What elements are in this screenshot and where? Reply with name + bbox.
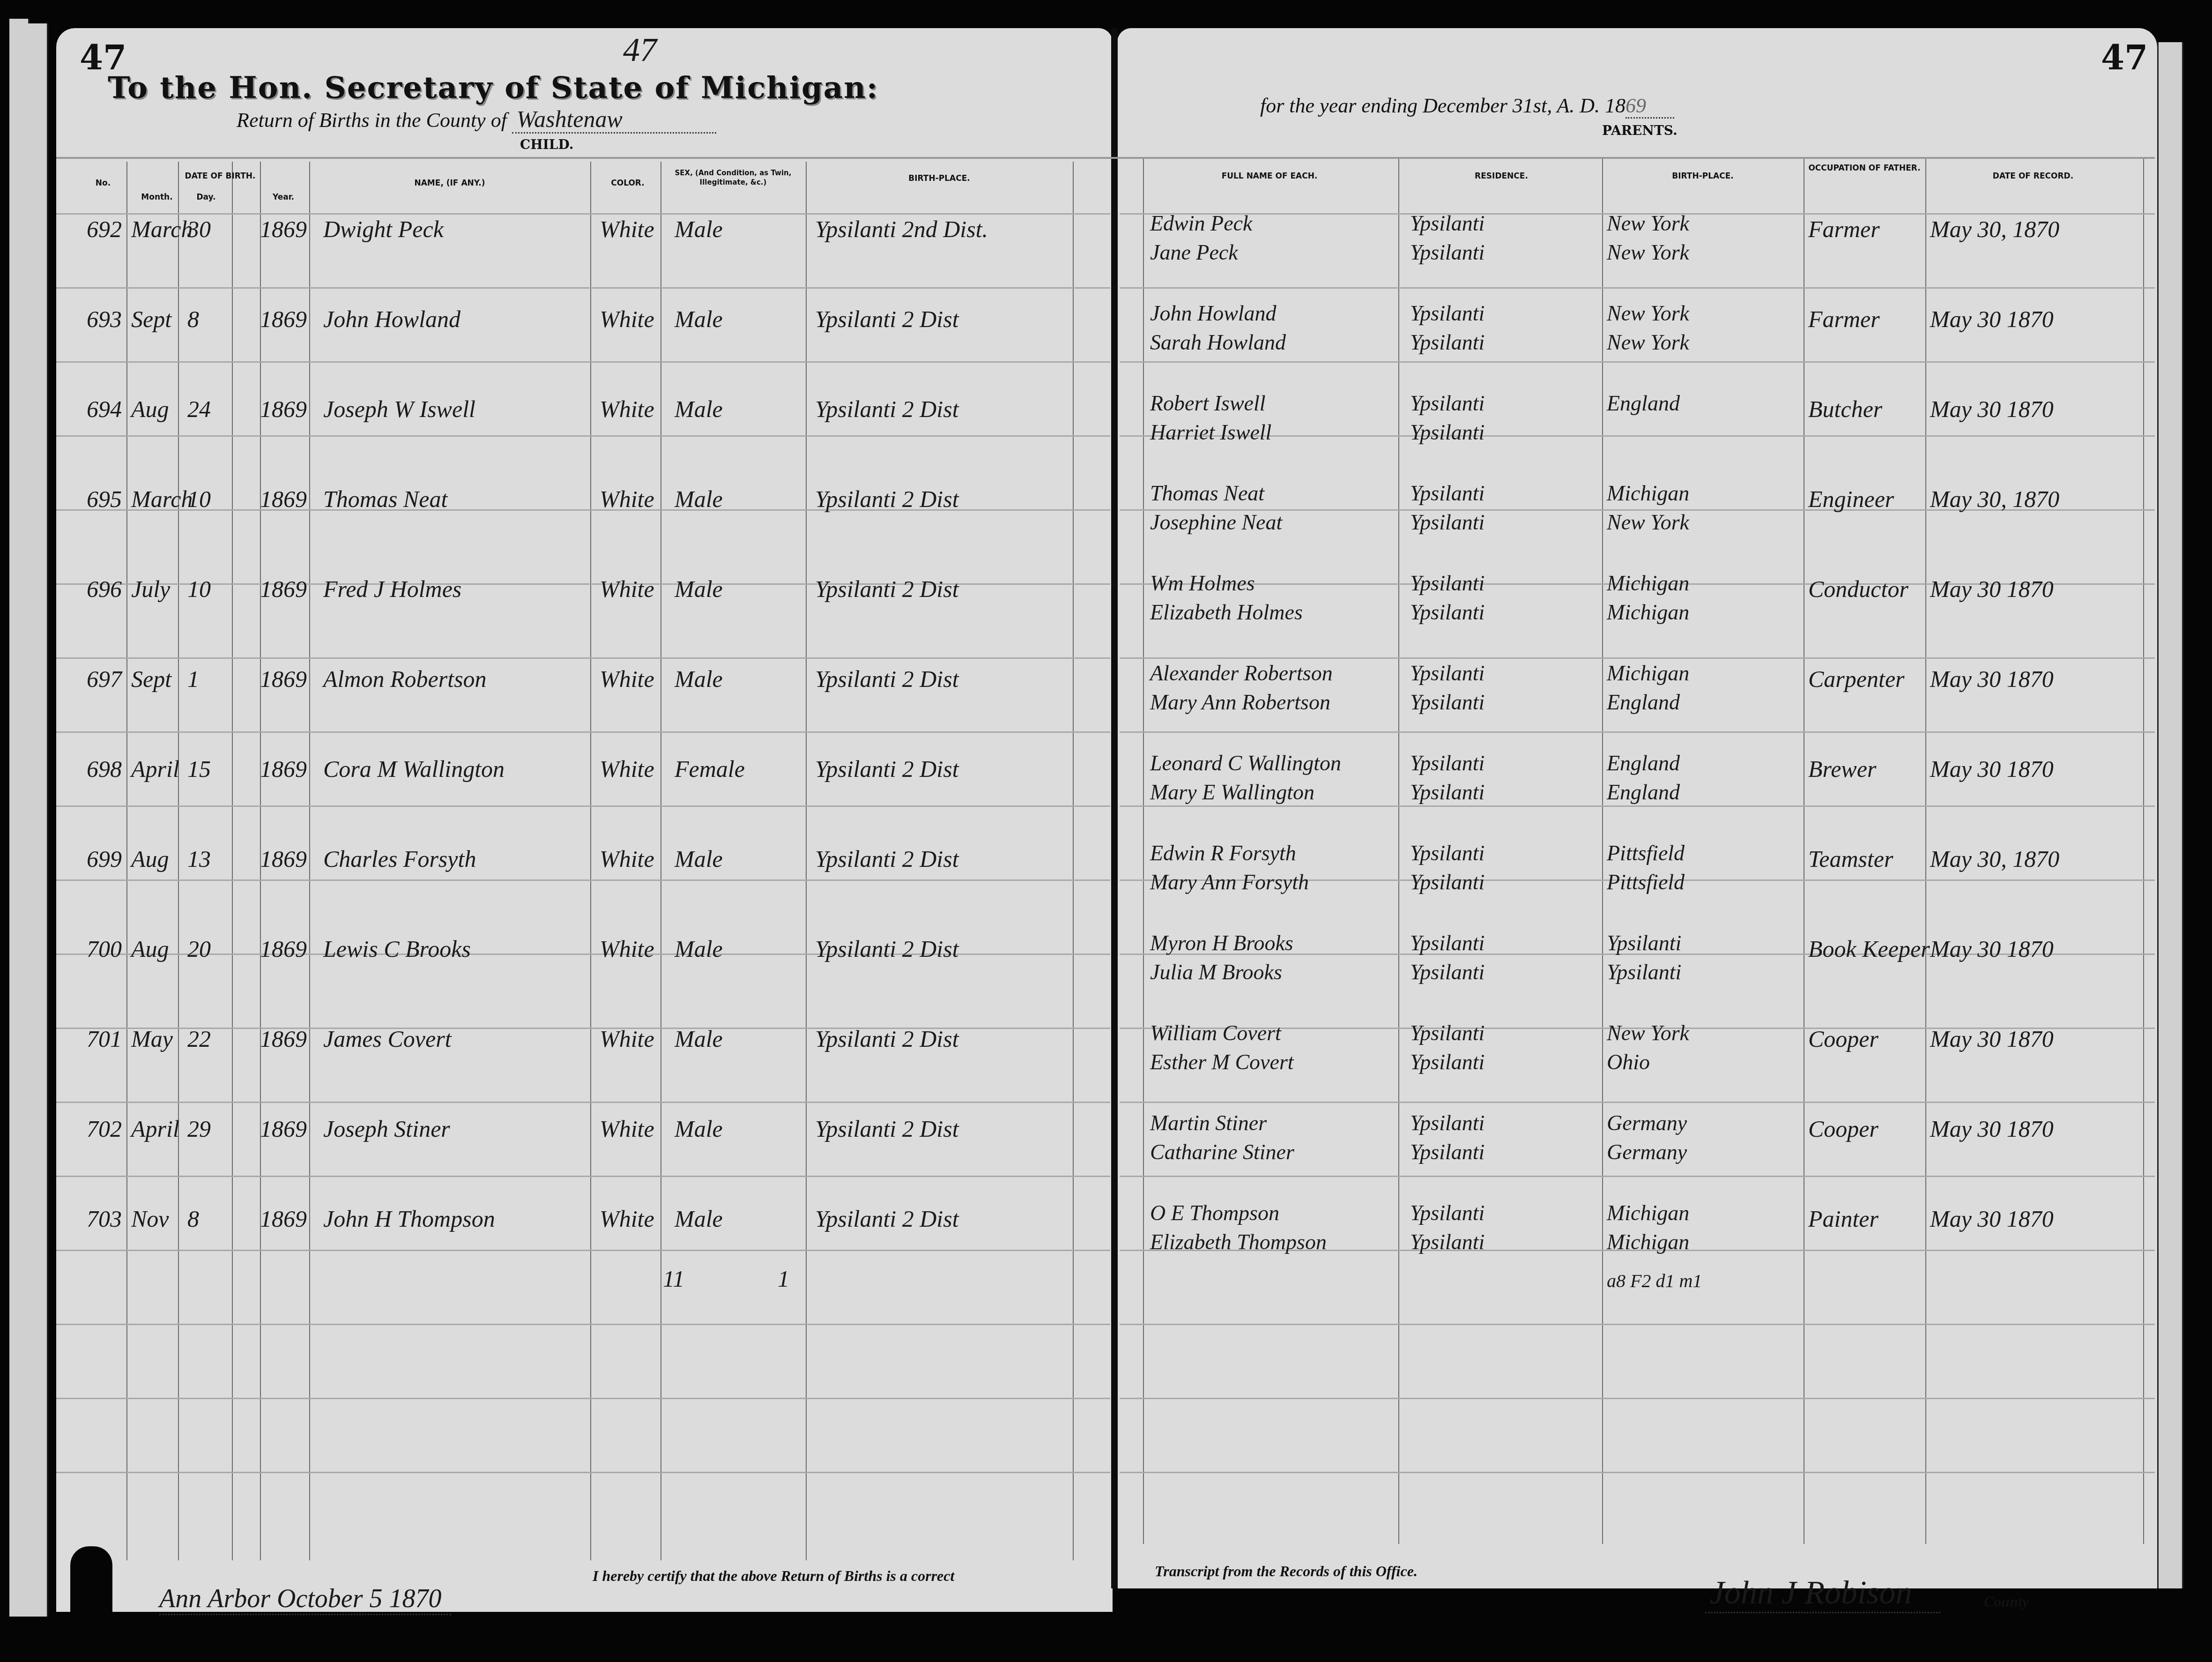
birth-day: 20 xyxy=(187,935,211,962)
child-sex: Male xyxy=(675,575,723,603)
date-of-record: May 30 1870 xyxy=(1930,306,2054,333)
parent-name: Wm Holmes xyxy=(1150,571,1255,596)
row-number: 702 xyxy=(87,1115,122,1142)
row-rule xyxy=(1120,1102,2155,1103)
birth-month: Sept xyxy=(131,665,171,693)
birth-year: 1869 xyxy=(260,306,307,333)
father-occupation: Butcher xyxy=(1808,395,1882,423)
date-of-record: May 30 1870 xyxy=(1930,575,2054,603)
father-occupation: Brewer xyxy=(1808,755,1876,783)
child-sex: Male xyxy=(675,1025,723,1052)
row-number: 698 xyxy=(87,755,122,783)
header-rule xyxy=(56,157,2155,159)
child-color: White xyxy=(600,485,654,513)
handwritten-page-number: 47 xyxy=(623,30,657,69)
column-rule xyxy=(806,162,807,1560)
child-birthplace: Ypsilanti 2 Dist xyxy=(815,1115,959,1142)
birth-day: 24 xyxy=(187,395,211,423)
parent-birthplace: New York xyxy=(1607,240,1689,265)
parent-birthplace: New York xyxy=(1607,301,1689,326)
birth-year: 1869 xyxy=(260,665,307,693)
parent-birthplace: Michigan xyxy=(1607,600,1689,625)
child-color: White xyxy=(600,306,654,333)
birth-month: April xyxy=(131,755,179,783)
page-edge-stack-left xyxy=(28,23,48,1635)
parent-birthplace: New York xyxy=(1607,1021,1689,1045)
parent-residence: Ypsilanti xyxy=(1410,1140,1485,1164)
date-of-record: May 30 1870 xyxy=(1930,1025,2054,1052)
row-number: 695 xyxy=(87,485,122,513)
parent-residence: Ypsilanti xyxy=(1410,420,1485,445)
parent-residence: Ypsilanti xyxy=(1410,780,1485,805)
parent-birthplace: New York xyxy=(1607,211,1689,236)
birth-month: March xyxy=(131,485,193,513)
father-occupation: Farmer xyxy=(1808,216,1880,243)
page-edge-stack-right xyxy=(2157,42,2183,1588)
header-name: NAME, (IF ANY.) xyxy=(314,178,586,188)
row-number: 701 xyxy=(87,1025,122,1052)
column-rule xyxy=(126,162,127,1560)
child-birthplace: Ypsilanti 2 Dist xyxy=(815,395,959,423)
parent-residence: Ypsilanti xyxy=(1410,211,1485,236)
row-rule xyxy=(1120,1176,2155,1177)
section-child: CHILD. xyxy=(520,137,574,152)
row-rule xyxy=(56,805,1110,807)
row-rule xyxy=(1120,287,2155,289)
parent-birthplace: New York xyxy=(1607,330,1689,355)
child-color: White xyxy=(600,395,654,423)
father-occupation: Teamster xyxy=(1808,845,1893,872)
date-of-record: May 30 1870 xyxy=(1930,1205,2054,1232)
binding-gutter xyxy=(1111,28,1118,1588)
child-sex: Female xyxy=(675,755,745,783)
bottom-shadow xyxy=(0,1617,2212,1662)
child-name: Thomas Neat xyxy=(323,485,447,513)
child-birthplace: Ypsilanti 2nd Dist. xyxy=(815,216,988,243)
header-date-of-record: DATE OF RECORD. xyxy=(1928,171,2138,181)
parent-birthplace: England xyxy=(1607,690,1680,715)
father-occupation: Carpenter xyxy=(1808,665,1905,693)
ledger-book: 47 47 To the Hon. Secretary of State of … xyxy=(0,0,2212,1662)
parent-residence: Ypsilanti xyxy=(1410,1230,1485,1254)
transcript-statement: Transcript from the Records of this Offi… xyxy=(1155,1563,1418,1580)
parent-name: Esther M Covert xyxy=(1150,1050,1294,1074)
birth-day: 1 xyxy=(187,665,199,693)
child-name: Lewis C Brooks xyxy=(323,935,471,962)
date-of-record: May 30 1870 xyxy=(1930,1115,2054,1142)
child-name: John H Thompson xyxy=(323,1205,495,1232)
row-rule xyxy=(1120,657,2155,659)
row-rule xyxy=(1120,1472,2155,1473)
row-rule xyxy=(1120,805,2155,807)
child-birthplace: Ypsilanti 2 Dist xyxy=(815,935,959,962)
header-color: COLOR. xyxy=(595,178,661,188)
year-label: for the year ending December 31st, A. D.… xyxy=(1260,94,1674,118)
birth-month: Nov xyxy=(131,1205,169,1232)
column-rule xyxy=(590,162,591,1560)
child-color: White xyxy=(600,1115,654,1142)
parent-residence: Ypsilanti xyxy=(1410,690,1485,715)
row-rule xyxy=(56,1176,1110,1177)
birth-day: 10 xyxy=(187,575,211,603)
year-label-text: for the year ending December 31st, A. D.… xyxy=(1260,94,1626,117)
page-edge-stack-left xyxy=(9,19,30,1635)
child-birthplace: Ypsilanti 2 Dist xyxy=(815,1025,959,1052)
header-date-of-birth: DATE OF BIRTH. xyxy=(131,171,309,181)
row-rule xyxy=(1120,1324,2155,1325)
birth-year: 1869 xyxy=(260,216,307,243)
parent-name: Julia M Brooks xyxy=(1150,960,1282,984)
left-page: 47 47 xyxy=(56,28,1113,1612)
parent-birthplace: Germany xyxy=(1607,1140,1687,1164)
header-occupation: OCCUPATION OF FATHER. xyxy=(1806,163,1923,173)
parent-name: Alexander Robertson xyxy=(1150,661,1333,686)
parent-name: Edwin R Forsyth xyxy=(1150,841,1296,865)
column-rule xyxy=(1398,157,1399,1544)
parent-birthplace: England xyxy=(1607,751,1680,775)
birth-day: 10 xyxy=(187,485,211,513)
column-rule xyxy=(232,162,233,1560)
header-sex: SEX, (And Condition, as Twin, Illegitima… xyxy=(663,169,803,187)
parent-residence: Ypsilanti xyxy=(1410,481,1485,506)
child-sex: Male xyxy=(675,216,723,243)
child-name: James Covert xyxy=(323,1025,452,1052)
parent-birthplace: Michigan xyxy=(1607,571,1689,596)
date-of-record: May 30 1870 xyxy=(1930,935,2054,962)
parent-residence: Ypsilanti xyxy=(1410,571,1485,596)
row-rule xyxy=(56,287,1110,289)
column-rule xyxy=(309,162,310,1560)
header-year: Year. xyxy=(260,192,307,202)
parent-birthplace: Ypsilanti xyxy=(1607,931,1681,955)
parent-name: O E Thompson xyxy=(1150,1200,1279,1225)
child-color: White xyxy=(600,216,654,243)
birth-month: Aug xyxy=(131,935,169,962)
row-number: 696 xyxy=(87,575,122,603)
row-number: 700 xyxy=(87,935,122,962)
row-rule xyxy=(1120,1398,2155,1399)
birth-month: March xyxy=(131,216,193,243)
child-name: Charles Forsyth xyxy=(323,845,476,872)
parent-birthplace: Michigan xyxy=(1607,481,1689,506)
child-birthplace: Ypsilanti 2 Dist xyxy=(815,755,959,783)
parent-residence: Ypsilanti xyxy=(1410,391,1485,416)
birth-day: 8 xyxy=(187,306,199,333)
tally-mark-birthplace: 1 xyxy=(778,1265,789,1292)
row-rule xyxy=(56,1250,1110,1251)
column-rule xyxy=(178,162,179,1560)
parent-name: Josephine Neat xyxy=(1150,510,1282,535)
child-color: White xyxy=(600,845,654,872)
birth-year: 1869 xyxy=(260,1205,307,1232)
parent-birthplace: New York xyxy=(1607,510,1689,535)
birth-day: 29 xyxy=(187,1115,211,1142)
parent-residence: Ypsilanti xyxy=(1410,600,1485,625)
child-sex: Male xyxy=(675,1205,723,1232)
child-birthplace: Ypsilanti 2 Dist xyxy=(815,575,959,603)
page-number: 47 xyxy=(2101,37,2148,77)
certification-statement: I hereby certify that the above Return o… xyxy=(593,1567,954,1585)
child-sex: Male xyxy=(675,665,723,693)
parent-name: Edwin Peck xyxy=(1150,211,1252,236)
date-of-record: May 30, 1870 xyxy=(1930,845,2059,872)
father-occupation: Book Keeper xyxy=(1808,935,1930,962)
child-sex: Male xyxy=(675,1115,723,1142)
parent-name: Mary Ann Robertson xyxy=(1150,690,1330,715)
row-rule xyxy=(1120,435,2155,437)
return-label-text: Return of Births in the County of xyxy=(237,109,507,132)
birth-year: 1869 xyxy=(260,845,307,872)
child-birthplace: Ypsilanti 2 Dist xyxy=(815,1205,959,1232)
parent-birthplace: Michigan xyxy=(1607,1200,1689,1225)
date-of-record: May 30 1870 xyxy=(1930,395,2054,423)
father-occupation: Cooper xyxy=(1808,1025,1878,1052)
parent-name: Catharine Stiner xyxy=(1150,1140,1294,1164)
row-rule xyxy=(56,435,1110,437)
parent-residence: Ypsilanti xyxy=(1410,960,1485,984)
section-parents: PARENTS. xyxy=(1602,123,1678,138)
parent-residence: Ypsilanti xyxy=(1410,1050,1485,1074)
parent-residence: Ypsilanti xyxy=(1410,661,1485,686)
parent-birthplace: England xyxy=(1607,391,1680,416)
parent-name: John Howland xyxy=(1150,301,1277,326)
row-rule xyxy=(56,731,1110,733)
child-name: Joseph Stiner xyxy=(323,1115,450,1142)
clerk-signature: John J Robison xyxy=(1705,1574,1940,1613)
certification-place-date: Ann Arbor October 5 1870 xyxy=(159,1584,451,1615)
child-name: John Howland xyxy=(323,306,460,333)
tally-mark-sex: 11 xyxy=(663,1265,684,1292)
column-rule xyxy=(1602,157,1603,1544)
birth-day: 15 xyxy=(187,755,211,783)
parent-birthplace: Michigan xyxy=(1607,661,1689,686)
column-rule xyxy=(1143,157,1144,1544)
parent-residence: Ypsilanti xyxy=(1410,751,1485,775)
column-rule xyxy=(661,162,661,1560)
parent-name: Martin Stiner xyxy=(1150,1110,1267,1135)
birth-month: April xyxy=(131,1115,179,1142)
row-rule xyxy=(56,1324,1110,1325)
row-rule xyxy=(56,879,1110,881)
document-title: To the Hon. Secretary of State of Michig… xyxy=(108,70,878,105)
child-sex: Male xyxy=(675,935,723,962)
row-rule xyxy=(1120,361,2155,363)
child-name: Cora M Wallington xyxy=(323,755,505,783)
row-number: 697 xyxy=(87,665,122,693)
row-number: 692 xyxy=(87,216,122,243)
date-of-record: May 30, 1870 xyxy=(1930,216,2059,243)
parent-residence: Ypsilanti xyxy=(1410,931,1485,955)
parent-residence: Ypsilanti xyxy=(1410,510,1485,535)
row-number: 699 xyxy=(87,845,122,872)
parent-birthplace: England xyxy=(1607,780,1680,805)
row-rule xyxy=(56,1102,1110,1103)
row-rule xyxy=(56,213,1110,215)
father-occupation: Conductor xyxy=(1808,575,1908,603)
child-sex: Male xyxy=(675,395,723,423)
birth-month: Aug xyxy=(131,395,169,423)
row-rule xyxy=(56,657,1110,659)
parent-residence: Ypsilanti xyxy=(1410,240,1485,265)
child-sex: Male xyxy=(675,485,723,513)
child-name: Joseph W Iswell xyxy=(323,395,475,423)
parent-birthplace: Pittsfield xyxy=(1607,870,1685,894)
parent-residence: Ypsilanti xyxy=(1410,1021,1485,1045)
child-birthplace: Ypsilanti 2 Dist xyxy=(815,485,959,513)
birth-year: 1869 xyxy=(260,1115,307,1142)
row-rule xyxy=(1120,731,2155,733)
father-occupation: Engineer xyxy=(1808,485,1894,513)
birth-year: 1869 xyxy=(260,485,307,513)
birth-day: 13 xyxy=(187,845,211,872)
row-rule xyxy=(56,1472,1110,1473)
parent-residence: Ypsilanti xyxy=(1410,330,1485,355)
father-occupation: Painter xyxy=(1808,1205,1878,1232)
child-sex: Male xyxy=(675,306,723,333)
parent-name: Robert Iswell xyxy=(1150,391,1266,416)
header-birthplace: BIRTH-PLACE. xyxy=(810,173,1068,184)
birth-month: Aug xyxy=(131,845,169,872)
birth-year: 1869 xyxy=(260,575,307,603)
birth-year: 1869 xyxy=(260,1025,307,1052)
child-name: Fred J Holmes xyxy=(323,575,461,603)
parent-name: Elizabeth Holmes xyxy=(1150,600,1303,625)
father-occupation: Farmer xyxy=(1808,306,1880,333)
parent-birthplace: Ypsilanti xyxy=(1607,960,1681,984)
child-color: White xyxy=(600,1205,654,1232)
parent-name: Leonard C Wallington xyxy=(1150,751,1341,775)
birth-month: Sept xyxy=(131,306,171,333)
date-of-record: May 30, 1870 xyxy=(1930,485,2059,513)
child-sex: Male xyxy=(675,845,723,872)
child-color: White xyxy=(600,665,654,693)
parent-name: Mary Ann Forsyth xyxy=(1150,870,1309,894)
parent-birthplace: Ohio xyxy=(1607,1050,1650,1074)
column-rule xyxy=(1073,162,1074,1560)
header-parent-full-name: FULL NAME OF EACH. xyxy=(1143,171,1396,181)
birth-year: 1869 xyxy=(260,755,307,783)
county-value: Washtenaw xyxy=(512,106,716,134)
child-birthplace: Ypsilanti 2 Dist xyxy=(815,665,959,693)
birth-month: May xyxy=(131,1025,173,1052)
parent-name: William Covert xyxy=(1150,1021,1281,1045)
date-of-record: May 30 1870 xyxy=(1930,665,2054,693)
header-month: Month. xyxy=(131,192,183,202)
column-rule xyxy=(1925,157,1926,1544)
child-color: White xyxy=(600,1025,654,1052)
child-color: White xyxy=(600,755,654,783)
child-color: White xyxy=(600,935,654,962)
child-name: Almon Robertson xyxy=(323,665,487,693)
birth-day: 8 xyxy=(187,1205,199,1232)
parent-residence: Ypsilanti xyxy=(1410,301,1485,326)
row-number: 693 xyxy=(87,306,122,333)
row-number: 703 xyxy=(87,1205,122,1232)
parent-birthplace: Michigan xyxy=(1607,1230,1689,1254)
parent-name: Mary E Wallington xyxy=(1150,780,1314,805)
year-suffix: 69 xyxy=(1626,94,1674,119)
child-birthplace: Ypsilanti 2 Dist xyxy=(815,845,959,872)
birth-day: 30 xyxy=(187,216,211,243)
row-number: 694 xyxy=(87,395,122,423)
parent-residence: Ypsilanti xyxy=(1410,1110,1485,1135)
parent-name: Myron H Brooks xyxy=(1150,931,1293,955)
child-color: White xyxy=(600,575,654,603)
header-parent-birthplace: BIRTH-PLACE. xyxy=(1604,171,1801,181)
parent-birthplace: Germany xyxy=(1607,1110,1687,1135)
county-label: County xyxy=(1984,1593,2029,1610)
birth-year: 1869 xyxy=(260,935,307,962)
row-rule xyxy=(56,1398,1110,1399)
child-birthplace: Ypsilanti 2 Dist xyxy=(815,306,959,333)
birth-day: 22 xyxy=(187,1025,211,1052)
return-label: Return of Births in the County of Washte… xyxy=(237,105,716,133)
parent-residence: Ypsilanti xyxy=(1410,841,1485,865)
parent-name: Elizabeth Thompson xyxy=(1150,1230,1327,1254)
parent-name: Thomas Neat xyxy=(1150,481,1264,506)
row-rule xyxy=(56,361,1110,363)
header-no: No. xyxy=(87,178,119,188)
header-residence: RESIDENCE. xyxy=(1403,171,1600,181)
column-rule xyxy=(2143,157,2144,1544)
column-rule xyxy=(1804,157,1804,1544)
margin-note: a8 F2 d1 m1 xyxy=(1607,1270,1702,1292)
birth-month: July xyxy=(131,575,170,603)
parent-residence: Ypsilanti xyxy=(1410,1200,1485,1225)
date-of-record: May 30 1870 xyxy=(1930,755,2054,783)
birth-year: 1869 xyxy=(260,395,307,423)
parent-name: Sarah Howland xyxy=(1150,330,1286,355)
parent-residence: Ypsilanti xyxy=(1410,870,1485,894)
header-day: Day. xyxy=(185,192,227,202)
father-occupation: Cooper xyxy=(1808,1115,1878,1142)
parent-birthplace: Pittsfield xyxy=(1607,841,1685,865)
parent-name: Jane Peck xyxy=(1150,240,1238,265)
parent-name: Harriet Iswell xyxy=(1150,420,1271,445)
child-name: Dwight Peck xyxy=(323,216,444,243)
